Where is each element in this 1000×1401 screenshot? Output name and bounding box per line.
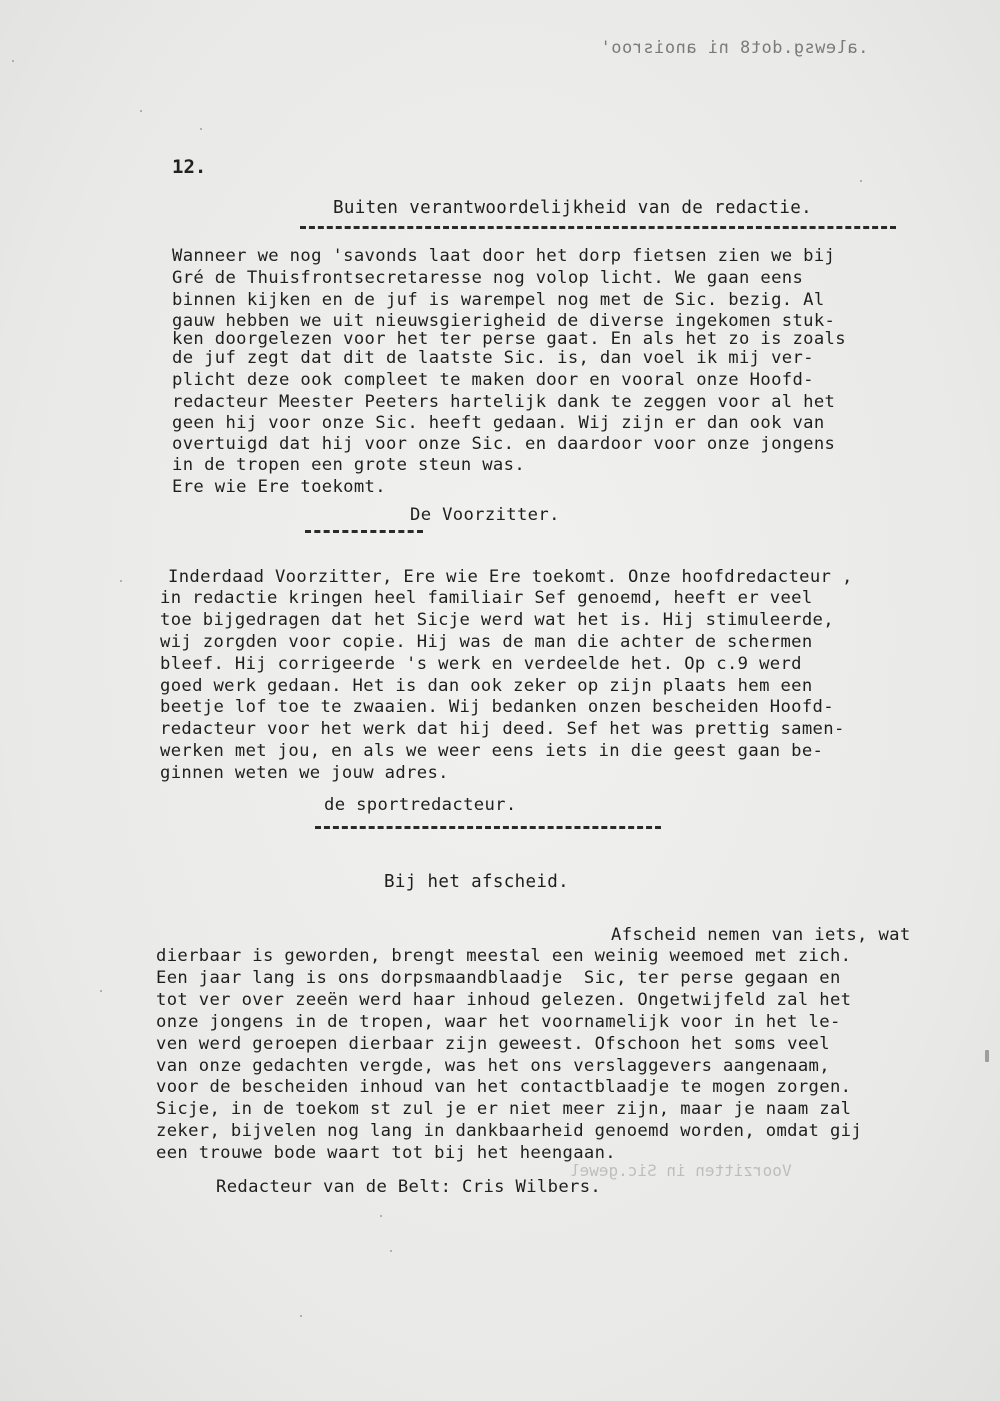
body-line: Gré de Thuisfrontsecretaresse nog volop … bbox=[172, 268, 803, 288]
body-line: van onze gedachten vergde, was het ons v… bbox=[156, 1056, 830, 1076]
body-line: een trouwe bode waart tot bij het heenga… bbox=[156, 1143, 616, 1163]
body-line: beetje lof toe te zwaaien. Wij bedanken … bbox=[160, 697, 834, 717]
body-line: gauw hebben we uit nieuwsgierigheid de d… bbox=[172, 311, 835, 331]
body-line: geen hij voor onze Sic. heeft gedaan. Wi… bbox=[172, 413, 825, 433]
body-line: binnen kijken en de juf is warempel nog … bbox=[172, 290, 825, 310]
body-line: dierbaar is geworden, brengt meestal een… bbox=[156, 946, 851, 966]
body-line: voor de bescheiden inhoud van het contac… bbox=[156, 1077, 851, 1097]
section-title-buiten: Buiten verantwoordelijkheid van de redac… bbox=[333, 198, 812, 218]
body-line: in de tropen een grote steun was. bbox=[172, 455, 525, 475]
speck bbox=[140, 110, 142, 112]
speck bbox=[120, 580, 122, 582]
body-line: Sicje, in de toekom st zul je er niet me… bbox=[156, 1099, 851, 1119]
body-line: Wanneer we nog 'savonds laat door het do… bbox=[172, 246, 835, 266]
speck bbox=[390, 1250, 392, 1252]
speck bbox=[100, 990, 102, 992]
body-line: ven werd geroepen dierbaar zijn geweest.… bbox=[156, 1034, 830, 1054]
section-title-afscheid: Bij het afscheid. bbox=[384, 872, 569, 892]
body-line: toe bijgedragen dat het Sicje werd wat h… bbox=[160, 610, 834, 630]
speck bbox=[300, 1315, 302, 1317]
body-line: Een jaar lang is ons dorpsmaandblaadje S… bbox=[156, 968, 841, 988]
body-line: overtuigd dat hij voor onze Sic. en daar… bbox=[172, 434, 835, 454]
speck bbox=[12, 60, 14, 62]
speck bbox=[200, 128, 202, 130]
body-line: plicht deze ook compleet te maken door e… bbox=[172, 370, 814, 390]
signature-cris-wilbers: Redacteur van de Belt: Cris Wilbers. bbox=[216, 1177, 601, 1197]
body-line: tot ver over zeeën werd haar inhoud gele… bbox=[156, 990, 851, 1010]
page-number: 12. bbox=[172, 156, 206, 178]
body-line: ken doorgelezen voor het ter perse gaat.… bbox=[172, 329, 846, 349]
signature-voorzitter: De Voorzitter. bbox=[410, 505, 560, 525]
typewritten-page: .alewsg.dot8 ni anoisroo' 12. Buiten ver… bbox=[0, 0, 1000, 1401]
speck bbox=[985, 1050, 989, 1062]
body-line: bleef. Hij corrigeerde 's werk en verdee… bbox=[160, 654, 802, 674]
body-line: redacteur Meester Peeters hartelijk dank… bbox=[172, 392, 835, 412]
body-line: de juf zegt dat dit de laatste Sic. is, … bbox=[172, 348, 814, 368]
speck bbox=[380, 1215, 382, 1217]
bleed-through-text-lower: Voorzitten in Sic.gewel bbox=[570, 1161, 792, 1180]
body-line: goed werk gedaan. Het is dan ook zeker o… bbox=[160, 676, 813, 696]
body-line: Inderdaad Voorzitter, Ere wie Ere toekom… bbox=[168, 567, 853, 587]
signature-underline bbox=[305, 530, 423, 533]
signature-sportredacteur: de sportredacteur. bbox=[324, 795, 517, 815]
body-line: Ere wie Ere toekomt. bbox=[172, 477, 386, 497]
body-line: onze jongens in de tropen, waar het voor… bbox=[156, 1012, 841, 1032]
body-line: wij zorgden voor copie. Hij was de man d… bbox=[160, 632, 813, 652]
body-line: Afscheid nemen van iets, wat bbox=[611, 925, 911, 945]
speck bbox=[860, 180, 862, 182]
title-underline bbox=[300, 226, 896, 229]
body-line: in redactie kringen heel familiair Sef g… bbox=[160, 588, 813, 608]
body-line: werken met jou, en als we weer eens iets… bbox=[160, 741, 823, 761]
bleed-through-text: .alewsg.dot8 ni anoisroo' bbox=[600, 38, 868, 58]
body-line: ginnen weten we jouw adres. bbox=[160, 763, 449, 783]
body-line: redacteur voor het werk dat hij deed. Se… bbox=[160, 719, 845, 739]
body-line: zeker, bijvelen nog lang in dankbaarheid… bbox=[156, 1121, 862, 1141]
signature-underline bbox=[315, 826, 661, 829]
